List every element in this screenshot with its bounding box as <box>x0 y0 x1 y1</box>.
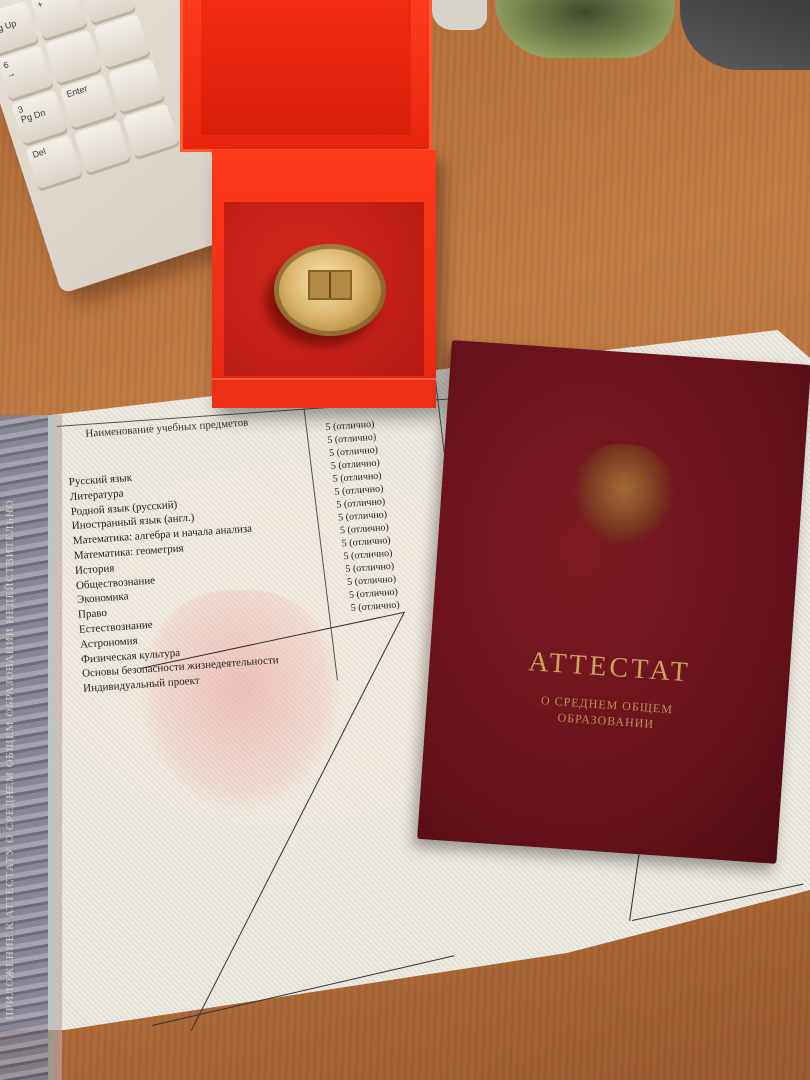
keyboard-key <box>45 30 102 84</box>
keyboard-key <box>122 103 179 157</box>
computer-mouse <box>432 0 487 30</box>
photo-scene: 9 Pg Up+6 →3 Pg DnEnterDel ПРИЛОЖЕНИЕ К … <box>0 0 810 1080</box>
keyboard-key <box>93 14 150 68</box>
keyboard-key <box>108 59 165 113</box>
medal-box-lid <box>180 0 432 152</box>
grade-cell: 5 (отлично) <box>338 598 400 615</box>
keyboard-key <box>74 119 131 173</box>
attestat-cover: АТТЕСТАТ О СРЕДНЕМ ОБЩЕМ ОБРАЗОВАНИИ <box>417 340 810 864</box>
grade-list: 5 (отлично)5 (отлично)5 (отлично)5 (отли… <box>325 417 400 616</box>
security-text: ПРИЛОЖЕНИЕ К АТТЕСТАТУ О СРЕДНЕМ ОБЩЕМ О… <box>4 500 16 1020</box>
medal-box-front <box>212 378 436 408</box>
keyboard-key: 6 → <box>0 45 53 99</box>
header-subject: Наименование учебных предметов <box>85 417 249 440</box>
keyboard-key: Del <box>25 135 82 189</box>
numpad-keys: 9 Pg Up+6 →3 Pg DnEnterDel <box>0 0 179 189</box>
gold-medal <box>274 244 386 336</box>
green-mat <box>495 0 675 58</box>
grades-table: Наименование учебных предметов Итоговая … <box>55 371 495 700</box>
keyboard-key: 3 Pg Dn <box>11 90 68 144</box>
velvet-insert <box>224 202 424 376</box>
medal-box-lid-inner <box>201 0 411 135</box>
open-book-icon <box>308 270 352 300</box>
double-headed-eagle-icon <box>570 441 677 548</box>
medal-box <box>212 150 436 408</box>
keyboard-key: Enter <box>59 74 116 128</box>
cover-subtitle: О СРЕДНЕМ ОБЩЕМ ОБРАЗОВАНИИ <box>426 684 787 741</box>
